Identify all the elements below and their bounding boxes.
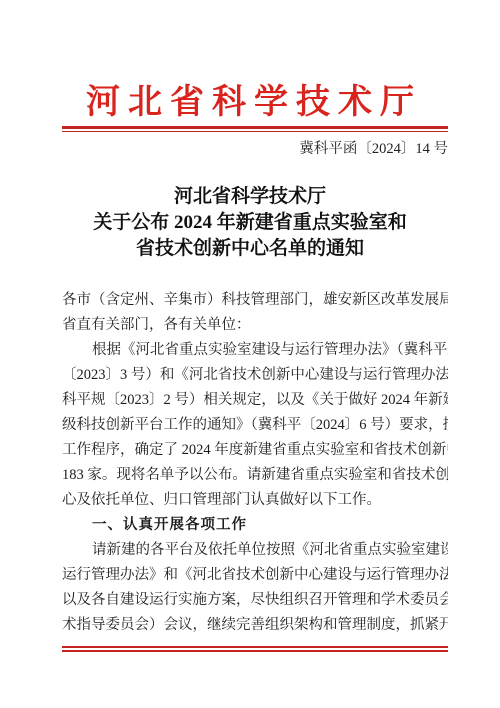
- title-line-1: 河北省科学技术厅: [0, 184, 500, 210]
- body-line: 请新建的各平台及依托单位按照《河北省重点实验室建设与: [62, 538, 448, 563]
- divider-thin-line: [62, 131, 448, 133]
- title-line-2: 关于公布 2024 年新建省重点实验室和: [0, 210, 500, 236]
- document-title: 河北省科学技术厅 关于公布 2024 年新建省重点实验室和 省技术创新中心名单的…: [0, 184, 500, 262]
- title-line-3: 省技术创新中心名单的通知: [0, 236, 500, 262]
- body-line: 以及各自建设运行实施方案，尽快组织召开管理和学术委员会（技: [62, 588, 448, 613]
- body-line-salutation-2: 省直有关部门，各有关单位：: [62, 313, 448, 338]
- body-line-salutation-1: 各市（含定州、辛集市）科技管理部门，雄安新区改革发展局，: [62, 288, 448, 313]
- document-page: 河北省科学技术厅 冀科平函〔2024〕14 号 河北省科学技术厅 关于公布 20…: [0, 0, 500, 708]
- body-line: 183 家。现将名单予以公布。请新建省重点实验室和省技术创新中: [62, 463, 448, 488]
- body-line: 科平规〔2023〕2 号）相关规定，以及《关于做好 2024 年新建省: [62, 388, 448, 413]
- letterhead-divider: [62, 126, 448, 132]
- letterhead-agency-name: 河北省科学技术厅: [0, 74, 500, 123]
- body-line: 级科技创新平台工作的通知》（冀科平〔2024〕6 号）要求，按照: [62, 413, 448, 438]
- body-line: 心及依托单位、归口管理部门认真做好以下工作。: [62, 488, 448, 513]
- document-body: 各市（含定州、辛集市）科技管理部门，雄安新区改革发展局， 省直有关部门，各有关单…: [62, 288, 448, 638]
- body-line: 〔2023〕3 号）和《河北省技术创新中心建设与运行管理办法》（冀: [62, 363, 448, 388]
- divider-thin-line: [62, 650, 448, 652]
- body-line: 运行管理办法》和《河北省技术创新中心建设与运行管理办法》: [62, 563, 448, 588]
- body-line: 术指导委员会）会议，继续完善组织架构和管理制度，抓紧开展: [62, 613, 448, 638]
- body-line: 工作程序，确定了 2024 年度新建省重点实验室和省技术创新中心: [62, 438, 448, 463]
- footer-divider: [62, 646, 448, 652]
- doc-number: 冀科平函〔2024〕14 号: [299, 140, 448, 158]
- body-line: 根据《河北省重点实验室建设与运行管理办法》（冀科平规: [62, 338, 448, 363]
- section-heading: 一、认真开展各项工作: [62, 513, 448, 538]
